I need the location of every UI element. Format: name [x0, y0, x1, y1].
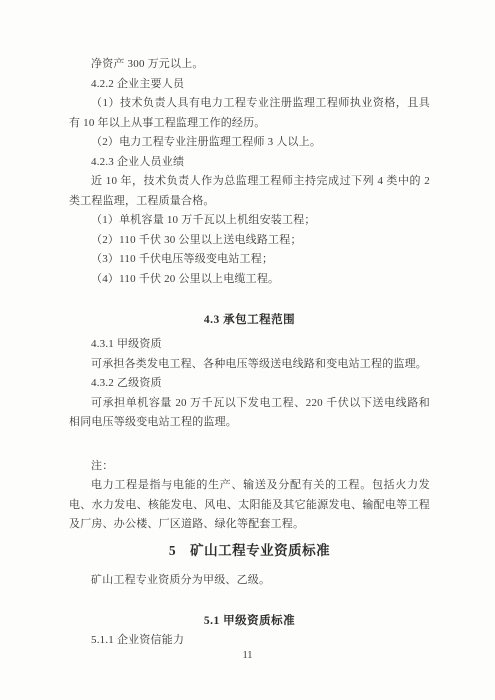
- paragraph-track-record: 近 10 年，技术负责人作为总监理工程师主持完成过下列 4 类中的 2 类工程监…: [69, 172, 430, 211]
- clause-4-3-1: 4.3.1 甲级资质: [69, 335, 430, 355]
- clause-4-2-3: 4.2.3 企业人员业绩: [69, 153, 430, 173]
- paragraph-grade-a-scope: 可承担各类发电工程、各种电压等级送电线路和变电站工程的监理。: [69, 355, 430, 375]
- list-item-2: （2）110 千伏 30 公里以上送电线路工程；: [69, 231, 430, 251]
- chapter-heading-5: 5 矿山工程专业资质标准: [69, 540, 430, 562]
- clause-5-1-1: 5.1.1 企业资信能力: [69, 631, 430, 651]
- list-item-3: （3）110 千伏电压等级变电站工程；: [69, 250, 430, 270]
- paragraph-grade-b-scope: 可承担单机容量 20 万千瓦以下发电工程、220 千伏以下送电线路和相同电压等级…: [69, 394, 430, 433]
- list-item-1: （1）单机容量 10 万千瓦以上机组安装工程；: [69, 211, 430, 231]
- section-heading-4-3: 4.3 承包工程范围: [69, 310, 430, 330]
- clause-4-2-2: 4.2.2 企业主要人员: [69, 75, 430, 95]
- note-label: 注：: [69, 457, 430, 477]
- section-heading-5-1: 5.1 甲级资质标准: [69, 611, 430, 631]
- document-page: 净资产 300 万元以上。 4.2.2 企业主要人员 （1）技术负责人具有电力工…: [0, 0, 495, 700]
- page-content: 净资产 300 万元以上。 4.2.2 企业主要人员 （1）技术负责人具有电力工…: [69, 55, 430, 651]
- item-2-engineers: （2）电力工程专业注册监理工程师 3 人以上。: [69, 133, 430, 153]
- item-1-technical-lead: （1）技术负责人具有电力工程专业注册监理工程师执业资格，且具有 10 年以上从事…: [69, 94, 430, 133]
- list-item-4: （4）110 千伏 20 公里以上电缆工程。: [69, 270, 430, 290]
- paragraph-net-assets: 净资产 300 万元以上。: [69, 55, 430, 75]
- paragraph-mining-grades: 矿山工程专业资质分为甲级、乙级。: [69, 571, 430, 591]
- clause-4-3-2: 4.3.2 乙级资质: [69, 374, 430, 394]
- note-body: 电力工程是指与电能的生产、输送及分配有关的工程。包括火力发电、水力发电、核能发电…: [69, 476, 430, 535]
- page-number: 11: [0, 649, 495, 663]
